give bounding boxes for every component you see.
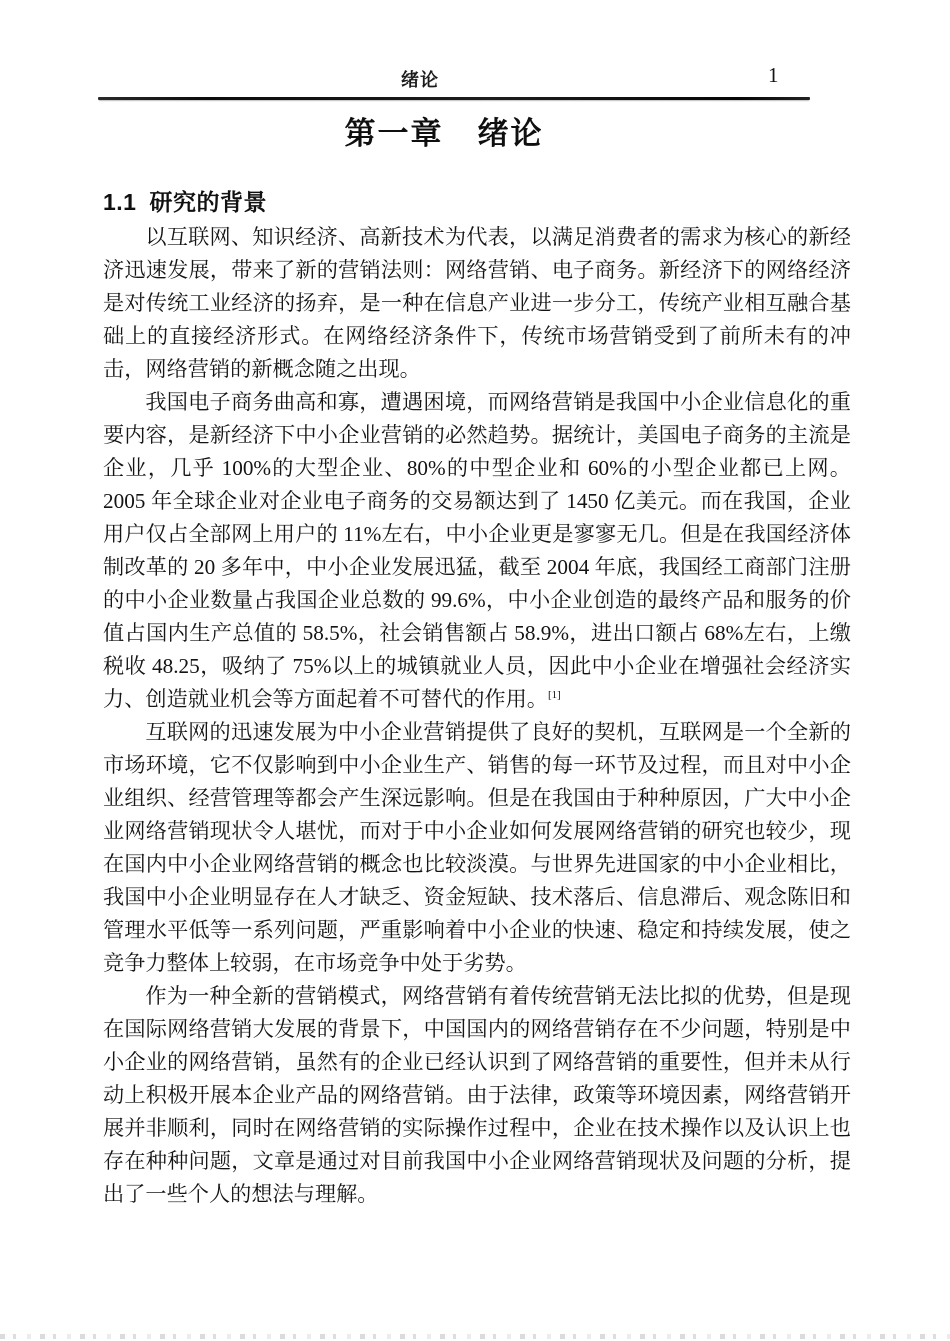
chapter-number: 第一章 <box>345 116 444 151</box>
paragraph-4: 作为一种全新的营销模式，网络营销有着传统营销无法比拟的优势，但是现在国际网络营销… <box>103 980 851 1211</box>
chapter-name: 绪论 <box>478 116 544 151</box>
footnote-reference-1: [1] <box>548 689 561 701</box>
paragraph-4-text: 作为一种全新的营销模式，网络营销有着传统营销无法比拟的优势，但是现在国际网络营销… <box>103 984 851 1206</box>
page-number: 1 <box>768 63 779 88</box>
paragraph-3-text: 互联网的迅速发展为中小企业营销提供了良好的契机，互联网是一个全新的市场环境，它不… <box>103 720 851 975</box>
header-rule <box>98 97 810 100</box>
paragraph-2-text: 我国电子商务曲高和寡，遭遇困境，而网络营销是我国中小企业信息化的重要内容，是新经… <box>103 390 851 711</box>
document-page: 绪论 1 第一章绪论 1.1研究的背景 以互联网、知识经济、高新技术为代表，以满… <box>0 0 950 1341</box>
body-text: 以互联网、知识经济、高新技术为代表，以满足消费者的需求为核心的新经济迅速发展，带… <box>103 221 851 1211</box>
paragraph-1: 以互联网、知识经济、高新技术为代表，以满足消费者的需求为核心的新经济迅速发展，带… <box>103 221 851 386</box>
running-header-title: 绪论 <box>0 66 895 92</box>
section-title: 研究的背景 <box>149 189 267 215</box>
paragraph-2: 我国电子商务曲高和寡，遭遇困境，而网络营销是我国中小企业信息化的重要内容，是新经… <box>103 386 851 716</box>
section-heading: 1.1研究的背景 <box>103 184 267 217</box>
paragraph-1-text: 以互联网、知识经济、高新技术为代表，以满足消费者的需求为核心的新经济迅速发展，带… <box>103 225 851 381</box>
chapter-title: 第一章绪论 <box>0 108 919 153</box>
paragraph-3: 互联网的迅速发展为中小企业营销提供了良好的契机，互联网是一个全新的市场环境，它不… <box>103 716 851 980</box>
scan-noise-strip <box>0 1334 950 1339</box>
section-number: 1.1 <box>103 189 136 215</box>
